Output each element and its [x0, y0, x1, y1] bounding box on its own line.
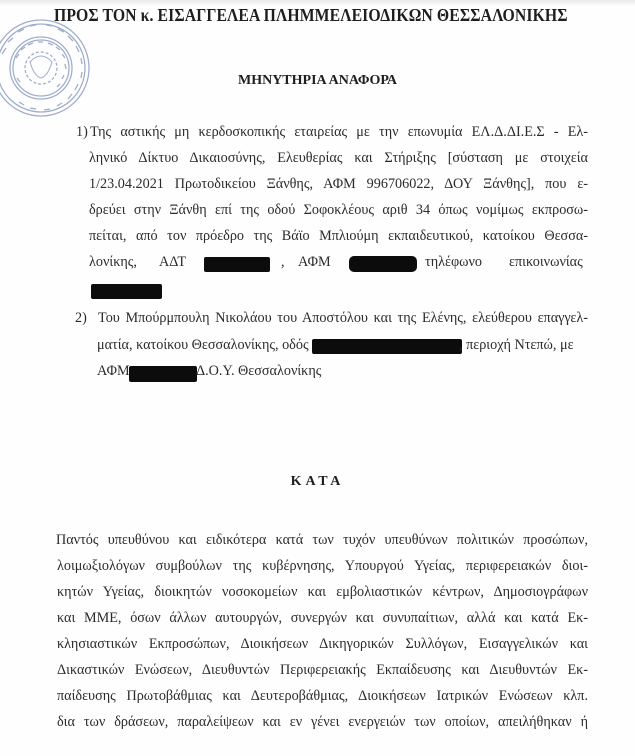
document-type-heading: ΜΗΝΥΤΗΡΙΑ ΑΝΑΦΟΡΑ — [0, 73, 635, 89]
complainant-1-line-3: 1/23.04.2021 Πρωτοδικείου Ξάνθης, ΑΦΜ 99… — [89, 176, 588, 193]
complainant-1-line-2: ληνικό Δίκτυο Δικαιοσύνης, Ελευθερίας κα… — [89, 150, 588, 167]
complainant-2-line-2-end: , περιοχή Ντεπώ, με — [459, 337, 574, 354]
against-line-8: δια των δράσεων, παραλείψεων και εν γένε… — [57, 714, 588, 731]
against-line-5: κλησιαστικών Εκπροσώπων, Διοικήσεων Δικη… — [57, 636, 588, 653]
tax-id-label: ΑΦΜ — [298, 254, 331, 271]
against-heading: ΚΑΤΑ — [0, 474, 635, 490]
complainant-2-line-1: Του Μπούρμπουλη Νικολάου του Αποστόλου κ… — [98, 310, 588, 327]
contact-label: επικοινωνίας — [509, 254, 583, 271]
against-line-6: Δικαστικών Ενώσεων, Διευθυντών Περιφερει… — [57, 662, 588, 679]
complainant-1-line-6-city: λονίκης, — [89, 254, 137, 271]
addressee-heading: ΠΡΟΣ ΤΟΝ κ. ΕΙΣΑΓΓΕΛΕΑ ΠΛΗΜΜΕΛΕΙΟΔΙΚΩΝ Θ… — [54, 5, 568, 26]
complainant-1-line-5: πείται, από τον πρόεδρο της Βάϊο Μπλιούμ… — [89, 228, 588, 245]
redacted-tax-id-2 — [129, 366, 197, 382]
against-line-4: και ΜΜΕ, όσων άλλων αυτουργών, συνεργών … — [57, 610, 588, 627]
redacted-phone-number — [91, 284, 162, 299]
complainant-2-line-2-start: ματία, κατοίκου Θεσσαλονίκης, οδός — [97, 337, 309, 354]
redacted-id-card — [204, 257, 270, 272]
item-number-1: 1) — [76, 124, 88, 141]
against-line-1: Παντός υπευθύνου και ειδικότερα κατά των… — [56, 532, 588, 549]
against-line-7: παίδευσης Πρωτοβάθμιας και Δευτεροβάθμια… — [57, 688, 588, 705]
seal-stamp-icon — [0, 14, 92, 122]
phone-label: τηλέφωνο — [425, 254, 482, 271]
redacted-tax-id — [349, 256, 417, 272]
redacted-street-address — [312, 339, 462, 354]
complainant-1-line-4: δρεύει στην Ξάνθη επί της οδού Σοφοκλέου… — [89, 202, 588, 219]
complainant-1-line-1: Της αστικής μη κερδοσκοπικής εταιρείας μ… — [90, 124, 588, 141]
item-number-2: 2) — [75, 310, 87, 327]
id-card-label: ΑΔΤ — [159, 254, 186, 271]
document-page: ΠΡΟΣ ΤΟΝ κ. ΕΙΣΑΓΓΕΛΕΑ ΠΛΗΜΜΕΛΕΙΟΔΙΚΩΝ Θ… — [0, 0, 635, 756]
against-line-3: κητών Υγείας, διοικητών νοσοκομείων και … — [57, 584, 588, 601]
tax-office: Δ.Ο.Υ. Θεσσαλονίκης — [196, 363, 321, 380]
tax-id-label-2: ΑΦΜ — [97, 363, 130, 380]
comma-separator: , — [281, 254, 285, 271]
against-line-2: λοιμωξιολόγων συμβούλων της κυβέρνησης, … — [57, 558, 588, 575]
